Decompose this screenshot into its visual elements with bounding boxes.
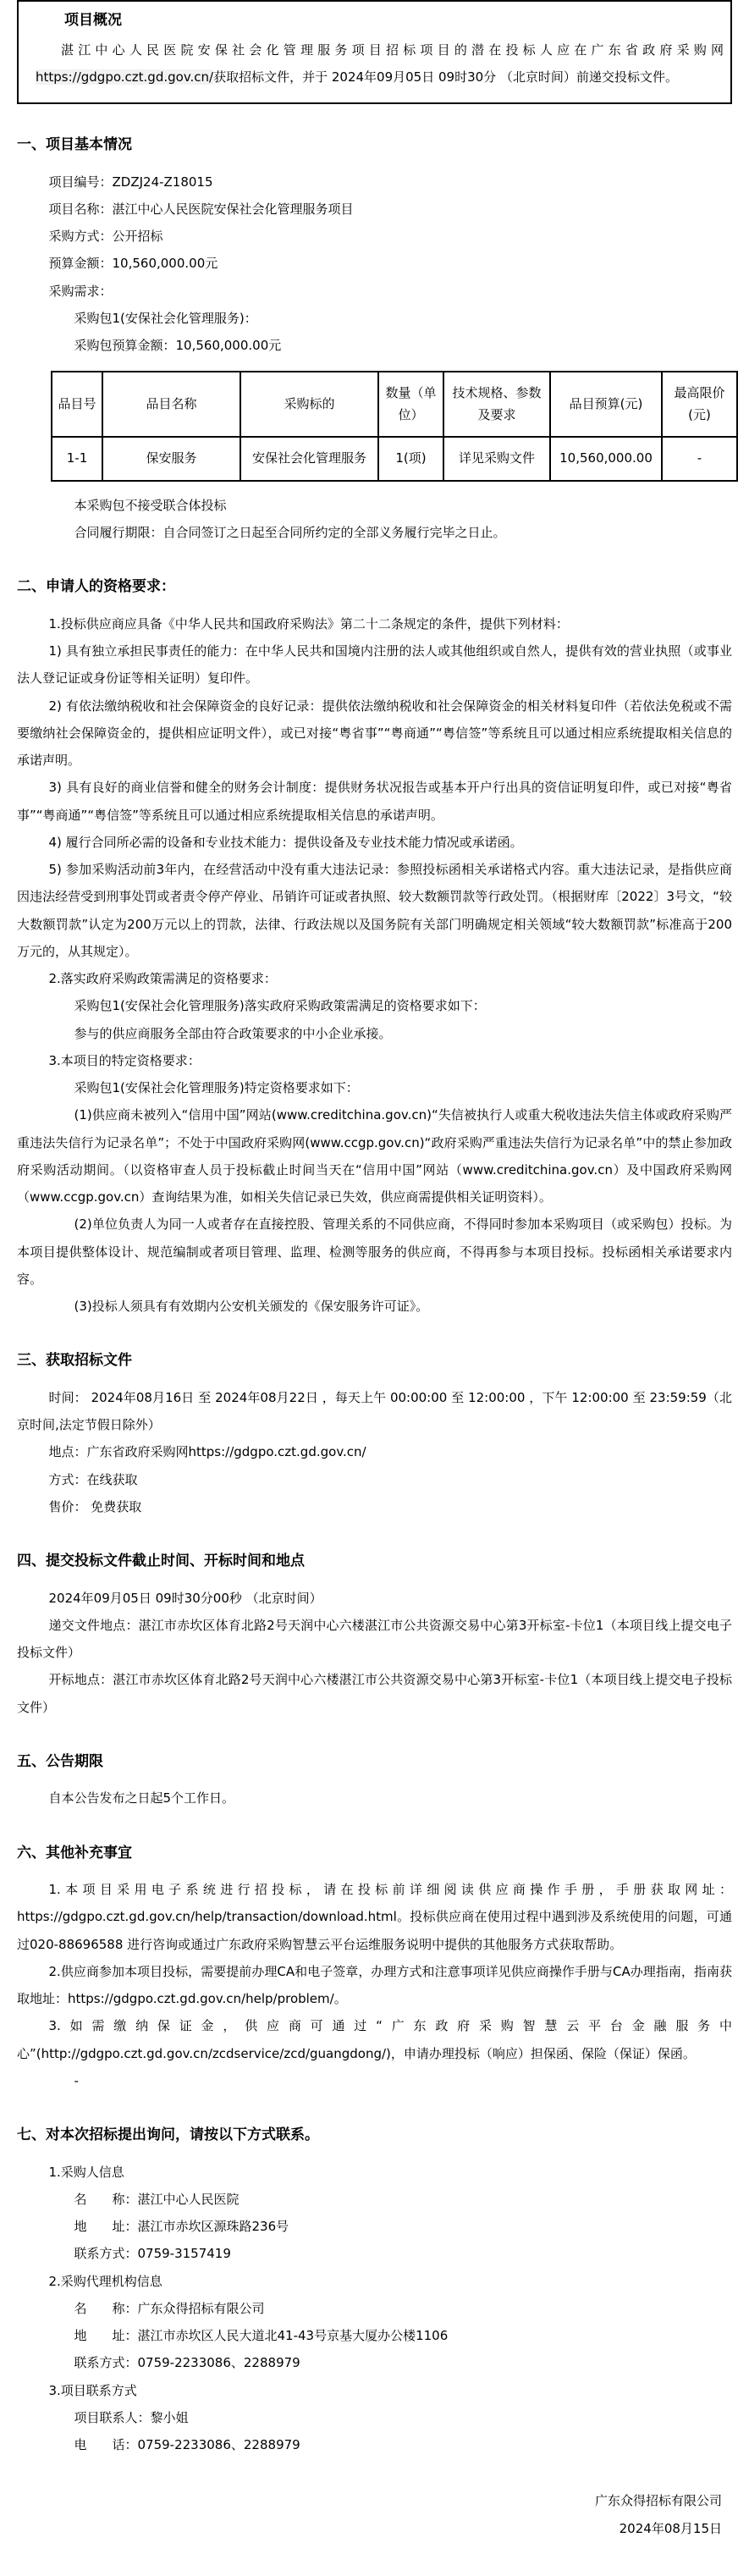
qualification-item: 2) 有依法缴纳税收和社会保障资金的良好记录：提供依法缴纳税收和社会保障资金的相…	[17, 692, 732, 775]
cell-item-budget: 10,560,000.00	[550, 437, 662, 481]
cell-item-name: 保安服务	[102, 437, 240, 481]
no-consortium-note: 本采购包不接受联合体投标	[17, 492, 732, 519]
cell-quantity: 1(项)	[378, 437, 443, 481]
overview-title: 项目概况	[36, 5, 724, 36]
overview-intro-prefix: 湛江中心人民医院安保社会化管理服务项目招标项目的潜在投标人应在广东省政府采购网	[61, 42, 724, 58]
project-name-line: 项目名称：湛江中心人民医院安保社会化管理服务项目	[17, 196, 732, 223]
qualification-item: 5) 参加采购活动前3年内，在经营活动中没有重大违法记录：参照投标函相关承诺格式…	[17, 856, 732, 965]
qualification-subitem: (1)供应商未被列入“信用中国”网站(www.creditchina.gov.c…	[17, 1101, 732, 1211]
table-header-quantity: 数量（单位）	[378, 372, 443, 437]
submission-place-line: 递交文件地点：湛江市赤坎区体育北路2号天润中心六楼湛江市公共资源交易中心第3开标…	[17, 1612, 732, 1667]
procurement-method-line: 采购方式：公开招标	[17, 223, 732, 250]
qualification-item: 3.本项目的特定资格要求：	[17, 1047, 732, 1074]
table-header-item-name: 品目名称	[102, 372, 240, 437]
section-heading-deadline: 四、提交投标文件截止时间、开标时间和地点	[17, 1551, 732, 1573]
cell-item-no: 1-1	[52, 437, 102, 481]
qualification-subitem: 采购包1(安保社会化管理服务)落实政府采购政策需满足的资格要求如下：	[17, 992, 732, 1019]
section-heading-contact: 七、对本次招标提出询问，请按以下方式联系。	[17, 2125, 732, 2147]
signature-agency-name: 广东众得招标有限公司	[17, 2487, 722, 2514]
table-header-subject: 采购标的	[240, 372, 378, 437]
project-contact-phone-line: 电 话：0759-2233086、2288979	[17, 2431, 732, 2458]
qualification-item: 1.投标供应商应具备《中华人民共和国政府采购法》第二十二条规定的条件，提供下列材…	[17, 610, 732, 637]
other-matter-item: 3.如需缴纳保证金，供应商可通过“广东政府采购智慧云平台金融服务中心”(http…	[17, 2012, 732, 2067]
contract-period-note: 合同履行期限：自合同签订之日起至合同所约定的全部义务履行完毕之日止。	[17, 519, 732, 546]
project-overview-box: 项目概况 湛江中心人民医院安保社会化管理服务项目招标项目的潜在投标人应在广东省政…	[17, 0, 732, 104]
project-contact-label: 3.项目联系方式	[17, 2377, 732, 2404]
procurement-site-url: https://gdgpo.czt.gd.gov.cn/	[36, 69, 213, 85]
purchaser-name-line: 名 称：湛江中心人民医院	[17, 2186, 732, 2213]
qualification-item: 2.落实政府采购政策需满足的资格要求：	[17, 965, 732, 992]
section-heading-notice-period: 五、公告期限	[17, 1751, 732, 1773]
other-matter-dash: -	[17, 2067, 732, 2094]
obtain-method-line: 方式：在线获取	[17, 1466, 732, 1493]
table-row: 1-1 保安服务 安保社会化管理服务 1(项) 详见采购文件 10,560,00…	[52, 437, 737, 481]
purchaser-info-label: 1.采购人信息	[17, 2159, 732, 2186]
table-header-item-no: 品目号	[52, 372, 102, 437]
agency-name-line: 名 称：广东众得招标有限公司	[17, 2295, 732, 2322]
agency-info-label: 2.采购代理机构信息	[17, 2268, 732, 2295]
section-heading-other-matters: 六、其他补充事宜	[17, 1843, 732, 1865]
purchaser-address-line: 地 址：湛江市赤坎区源珠路236号	[17, 2213, 732, 2240]
qualification-item: 4) 履行合同所必需的设备和专业技术能力：提供设备及专业技术能力情况或承诺函。	[17, 829, 732, 856]
qualification-subitem: (2)单位负责人为同一人或者存在直接控股、管理关系的不同供应商，不得同时参加本采…	[17, 1211, 732, 1293]
table-header-max-price: 最高限价(元)	[662, 372, 737, 437]
section-heading-obtain-documents: 三、获取招标文件	[17, 1350, 732, 1372]
cell-max-price: -	[662, 437, 737, 481]
signature-block: 广东众得招标有限公司 2024年08月15日	[17, 2487, 732, 2542]
agency-address-line: 地 址：湛江市赤坎区人民大道北41-43号京基大厦办公楼1106	[17, 2322, 732, 2349]
package-budget-line: 采购包预算金额：10,560,000.00元	[17, 332, 732, 359]
obtain-price-line: 售价： 免费获取	[17, 1493, 732, 1520]
section-heading-basic-info: 一、项目基本情况	[17, 135, 732, 157]
qualification-item: 3) 具有良好的商业信誉和健全的财务会计制度：提供财务状况报告或基本开户行出具的…	[17, 774, 732, 829]
deadline-datetime-line: 2024年09月05日 09时30分00秒 （北京时间）	[17, 1585, 732, 1612]
section-heading-qualification: 二、申请人的资格要求：	[17, 576, 732, 598]
procurement-demand-label: 采购需求：	[17, 278, 732, 305]
table-header-item-budget: 品目预算(元)	[550, 372, 662, 437]
signature-date: 2024年08月15日	[17, 2515, 722, 2542]
purchaser-phone-line: 联系方式：0759-3157419	[17, 2240, 732, 2267]
obtain-time-line: 时间： 2024年08月16日 至 2024年08月22日 ，每天上午 00:0…	[17, 1384, 732, 1439]
notice-period-line: 自本公告发布之日起5个工作日。	[17, 1784, 732, 1812]
cell-subject: 安保社会化管理服务	[240, 437, 378, 481]
table-header-row: 品目号 品目名称 采购标的 数量（单位） 技术规格、参数及要求 品目预算(元) …	[52, 372, 737, 437]
agency-phone-line: 联系方式：0759-2233086、2288979	[17, 2349, 732, 2376]
obtain-place-line: 地点：广东省政府采购网https://gdgpo.czt.gd.gov.cn/	[17, 1438, 732, 1465]
qualification-item: 1) 具有独立承担民事责任的能力：在中华人民共和国境内注册的法人或其他组织或自然…	[17, 637, 732, 692]
cell-specs: 详见采购文件	[443, 437, 550, 481]
project-number-line: 项目编号：ZDZJ24-Z18015	[17, 168, 732, 196]
budget-amount-line: 预算金额：10,560,000.00元	[17, 250, 732, 277]
qualification-subitem: 参与的供应商服务全部由符合政策要求的中小企业承接。	[17, 1020, 732, 1047]
qualification-subitem: 采购包1(安保社会化管理服务)特定资格要求如下：	[17, 1074, 732, 1101]
qualification-subitem: (3)投标人须具有有效期内公安机关颁发的《保安服务许可证》。	[17, 1293, 732, 1320]
bid-opening-place-line: 开标地点：湛江市赤坎区体育北路2号天润中心六楼湛江市公共资源交易中心第3开标室-…	[17, 1666, 732, 1721]
overview-intro-suffix: 获取招标文件，并于 2024年09月05日 09时30分 （北京时间）前递交投标…	[213, 69, 678, 85]
other-matter-item: 2.供应商参加本项目投标，需要提前办理CA和电子签章，办理方式和注意事项详见供应…	[17, 1958, 732, 2013]
overview-intro-paragraph: 湛江中心人民医院安保社会化管理服务项目招标项目的潜在投标人应在广东省政府采购网h…	[36, 36, 724, 91]
package-name-line: 采购包1(安保社会化管理服务)：	[17, 305, 732, 332]
tender-notice-document: 项目概况 湛江中心人民医院安保社会化管理服务项目招标项目的潜在投标人应在广东省政…	[0, 0, 749, 2576]
items-table: 品目号 品目名称 采购标的 数量（单位） 技术规格、参数及要求 品目预算(元) …	[51, 371, 738, 482]
other-matter-item: 1.本项目采用电子系统进行招投标，请在投标前详细阅读供应商操作手册，手册获取网址…	[17, 1876, 732, 1958]
table-header-specs: 技术规格、参数及要求	[443, 372, 550, 437]
project-contact-person-line: 项目联系人：黎小姐	[17, 2404, 732, 2431]
